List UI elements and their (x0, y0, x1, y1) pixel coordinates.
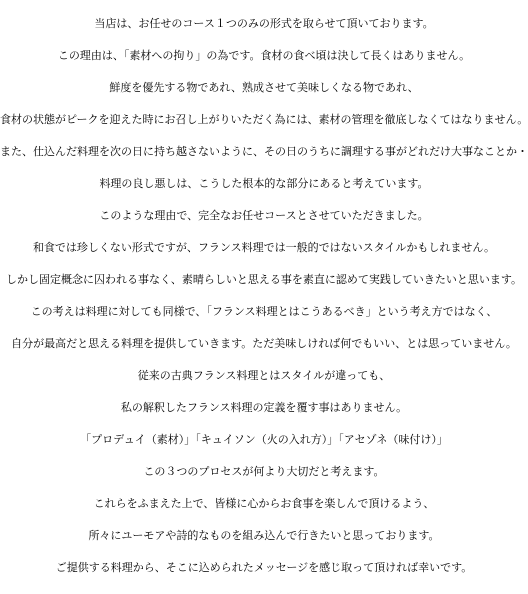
paragraph-line: 食材の状態がピークを迎えた時にお召し上がりいただく為には、素材の管理を徹底しなく… (0, 104, 528, 136)
paragraph-line: 従来の古典フランス料理とはスタイルが違っても、 (0, 360, 528, 392)
paragraph-line: この考えは料理に対しても同様で、「フランス料理とはこうあるべき」という考え方では… (0, 296, 528, 328)
paragraph-line: 和食では珍しくない形式ですが、フランス料理では一般的ではないスタイルかもしれませ… (0, 232, 528, 264)
paragraph-line: 所々にユーモアや詩的なものを組み込んで行きたいと思っております。 (0, 520, 528, 552)
paragraph-line: 当店は、お任せのコース１つのみの形式を取らせて頂いております。 (0, 8, 528, 40)
paragraph-line: 料理の良し悪しは、こうした根本的な部分にあると考えています。 (0, 168, 528, 200)
paragraph-line: また、仕込んだ料理を次の日に持ち越さないように、その日のうちに調理する事がどれだ… (0, 136, 528, 168)
paragraph-line: ご提供する料理から、そこに込められたメッセージを感じ取って頂ければ幸いです。 (0, 552, 528, 584)
paragraph-line: 私の解釈したフランス料理の定義を覆す事はありません。 (0, 392, 528, 424)
paragraph-line: このような理由で、完全なお任せコースとさせていただきました。 (0, 200, 528, 232)
paragraph-line: この３つのプロセスが何より大切だと考えます。 (0, 456, 528, 488)
concept-text-page: 当店は、お任せのコース１つのみの形式を取らせて頂いております。 この理由は、「素… (0, 0, 528, 594)
paragraph-line: 鮮度を優先する物であれ、熟成させて美味しくなる物であれ、 (0, 72, 528, 104)
paragraph-line: 「プロデュイ（素材）」「キュイソン（火の入れ方）」「アセゾネ（味付け）」 (0, 424, 528, 456)
paragraph-line: しかし固定概念に囚われる事なく、素晴らしいと思える事を素直に認めて実践していきた… (0, 264, 528, 296)
paragraph-line: これらをふまえた上で、皆様に心からお食事を楽しんで頂けるよう、 (0, 488, 528, 520)
paragraph-line: 自分が最高だと思える料理を提供していきます。ただ美味しければ何でもいい、とは思っ… (0, 328, 528, 360)
paragraph-line: この理由は、「素材への拘り」の為です。食材の食べ頃は決して長くはありません。 (0, 40, 528, 72)
